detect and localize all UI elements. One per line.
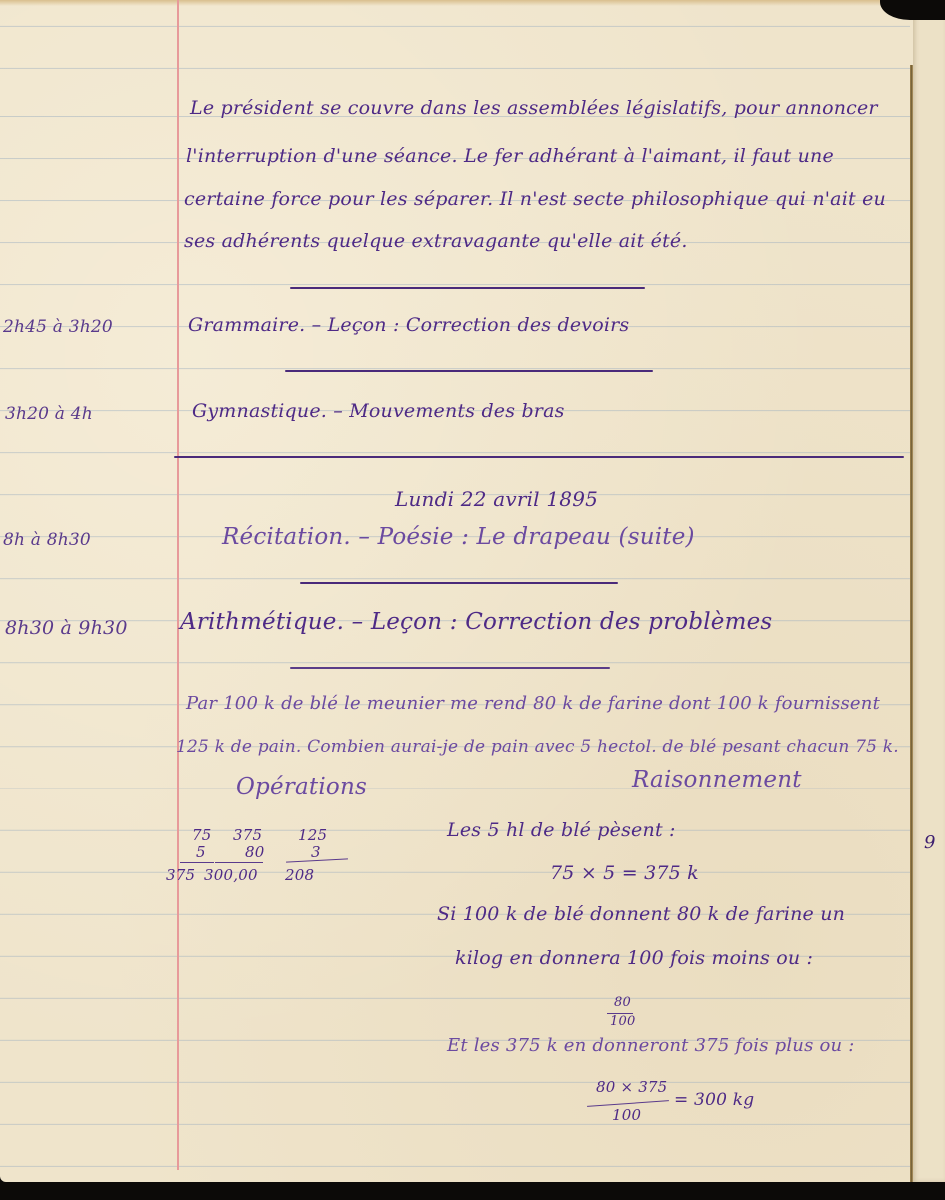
- problem-line-1: Par 100 k de blé le meunier me rend 80 k…: [186, 693, 880, 714]
- reasoning-heading: Raisonnement: [632, 767, 802, 793]
- fraction-2-denominator: 100: [612, 1106, 641, 1124]
- problem-line-2: 125 k de pain. Combien aurai-je de pain …: [176, 737, 899, 757]
- calc-3-result: 208: [285, 866, 314, 884]
- reasoning-line-3: Si 100 k de blé donnent 80 k de farine u…: [437, 903, 845, 925]
- calc-2-bar: [215, 862, 263, 863]
- schedule-subject: Gymnastique. – Mouvements des bras: [192, 400, 565, 422]
- facing-page-note: 9: [924, 832, 936, 853]
- schedule-time: 3h20 à 4h: [5, 404, 93, 424]
- calc-1-bar: [180, 862, 214, 863]
- day-date-heading: Lundi 22 avril 1895: [395, 487, 598, 511]
- fraction-1-numerator: 80: [614, 995, 631, 1010]
- calc-1-multiplier: 5: [196, 843, 206, 861]
- schedule-time: 8h à 8h30: [3, 530, 91, 550]
- operations-heading: Opérations: [236, 774, 367, 800]
- reasoning-line-1: Les 5 hl de blé pèsent :: [447, 819, 676, 841]
- section-divider: [290, 667, 610, 669]
- calc-1-result: 375: [166, 866, 195, 884]
- day-divider: [174, 456, 904, 458]
- calc-3-multiplier: 3: [311, 843, 321, 861]
- section-divider: [300, 582, 618, 584]
- schedule-subject: Arithmétique. – Leçon : Correction des p…: [180, 609, 772, 635]
- section-divider: [285, 370, 653, 372]
- ruled-lines: [0, 0, 910, 1182]
- reasoning-line-5: Et les 375 k en donneront 375 fois plus …: [447, 1035, 854, 1056]
- schedule-time: 2h45 à 3h20: [3, 317, 113, 337]
- calc-2-top: 375: [233, 826, 262, 844]
- schedule-subject: Grammaire. – Leçon : Correction des devo…: [188, 314, 629, 336]
- reasoning-line-4: kilog en donnera 100 fois moins ou :: [455, 947, 813, 969]
- section-divider: [290, 287, 645, 289]
- calc-2-multiplier: 80: [245, 843, 265, 861]
- red-margin-line: [177, 0, 179, 1170]
- schedule-time: 8h30 à 9h30: [5, 617, 128, 639]
- dictation-line-1: Le président se couvre dans les assemblé…: [190, 97, 878, 119]
- dictation-line-3: certaine force pour les séparer. Il n'es…: [184, 188, 886, 210]
- dictation-line-2: l'interruption d'une séance. Le fer adhé…: [186, 145, 834, 167]
- fraction-2-numerator: 80 × 375: [596, 1078, 667, 1096]
- calc-2-result: 300,00: [204, 866, 258, 884]
- calc-1-top: 75: [192, 826, 212, 844]
- schedule-subject: Récitation. – Poésie : Le drapeau (suite…: [222, 524, 695, 550]
- reasoning-line-2: 75 × 5 = 375 k: [550, 862, 699, 884]
- calc-3-top: 125: [298, 826, 327, 844]
- next-page-edge: [913, 0, 945, 1182]
- fraction-1-denominator: 100: [610, 1014, 635, 1029]
- notebook-page: Le président se couvre dans les assemblé…: [0, 0, 945, 1182]
- dictation-line-4: ses adhérents quelque extravagante qu'el…: [184, 230, 688, 252]
- fraction-2-result: = 300 kg: [674, 1090, 754, 1110]
